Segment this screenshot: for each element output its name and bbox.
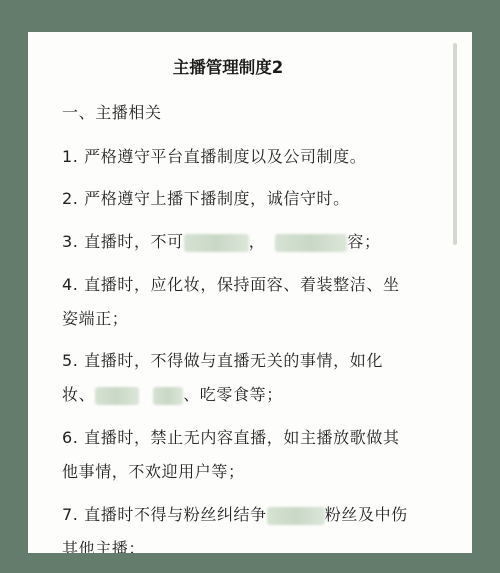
rule-item-4-line-2: 姿端正； bbox=[62, 306, 128, 329]
rule-item-1: 1. 严格遵守平台直播制度以及公司制度。 bbox=[62, 144, 366, 167]
rule-item-5-text-a: 妆、 bbox=[62, 385, 95, 404]
redaction-blur bbox=[267, 507, 325, 525]
rule-item-5-line-1: 5. 直播时，不得做与直播无关的事情，如化 bbox=[62, 348, 383, 371]
document-card: 主播管理制度2 一、主播相关 1. 严格遵守平台直播制度以及公司制度。 2. 严… bbox=[28, 32, 472, 553]
redaction-blur bbox=[95, 387, 139, 405]
section-heading: 一、主播相关 bbox=[62, 100, 162, 123]
rule-item-5-text-b: 、吃零食等； bbox=[183, 385, 283, 404]
redaction-blur bbox=[153, 387, 183, 405]
redaction-blur bbox=[275, 234, 347, 252]
rule-item-7-text-b: 粉丝及中伤 bbox=[325, 505, 408, 524]
rule-item-7-text-a: 7. 直播时不得与粉丝纠结争 bbox=[62, 505, 267, 524]
rule-item-4-line-1: 4. 直播时，应化妆，保持面容、着装整洁、坐 bbox=[62, 272, 400, 295]
rule-item-6-line-2: 他事情，不欢迎用户等； bbox=[62, 459, 245, 482]
rule-item-5-line-2: 妆、、吃零食等； bbox=[62, 382, 283, 405]
rule-item-3-text-a: 3. 直播时，不可 bbox=[62, 232, 184, 251]
scrollbar[interactable] bbox=[453, 43, 457, 245]
rule-item-7-line-1: 7. 直播时不得与粉丝纠结争粉丝及中伤 bbox=[62, 502, 408, 525]
rule-item-3: 3. 直播时，不可，容； bbox=[62, 229, 381, 252]
document-title: 主播管理制度2 bbox=[28, 54, 428, 78]
rule-item-6-line-1: 6. 直播时，禁止无内容直播，如主播放歌做其 bbox=[62, 425, 400, 448]
rule-item-3-text-b: ， bbox=[249, 232, 266, 251]
rule-item-7-line-2: 其他主播； bbox=[62, 536, 145, 553]
rule-item-3-text-c: 容； bbox=[347, 232, 380, 251]
redaction-blur bbox=[184, 234, 249, 252]
rule-item-2: 2. 严格遵守上播下播制度，诚信守时。 bbox=[62, 186, 350, 209]
